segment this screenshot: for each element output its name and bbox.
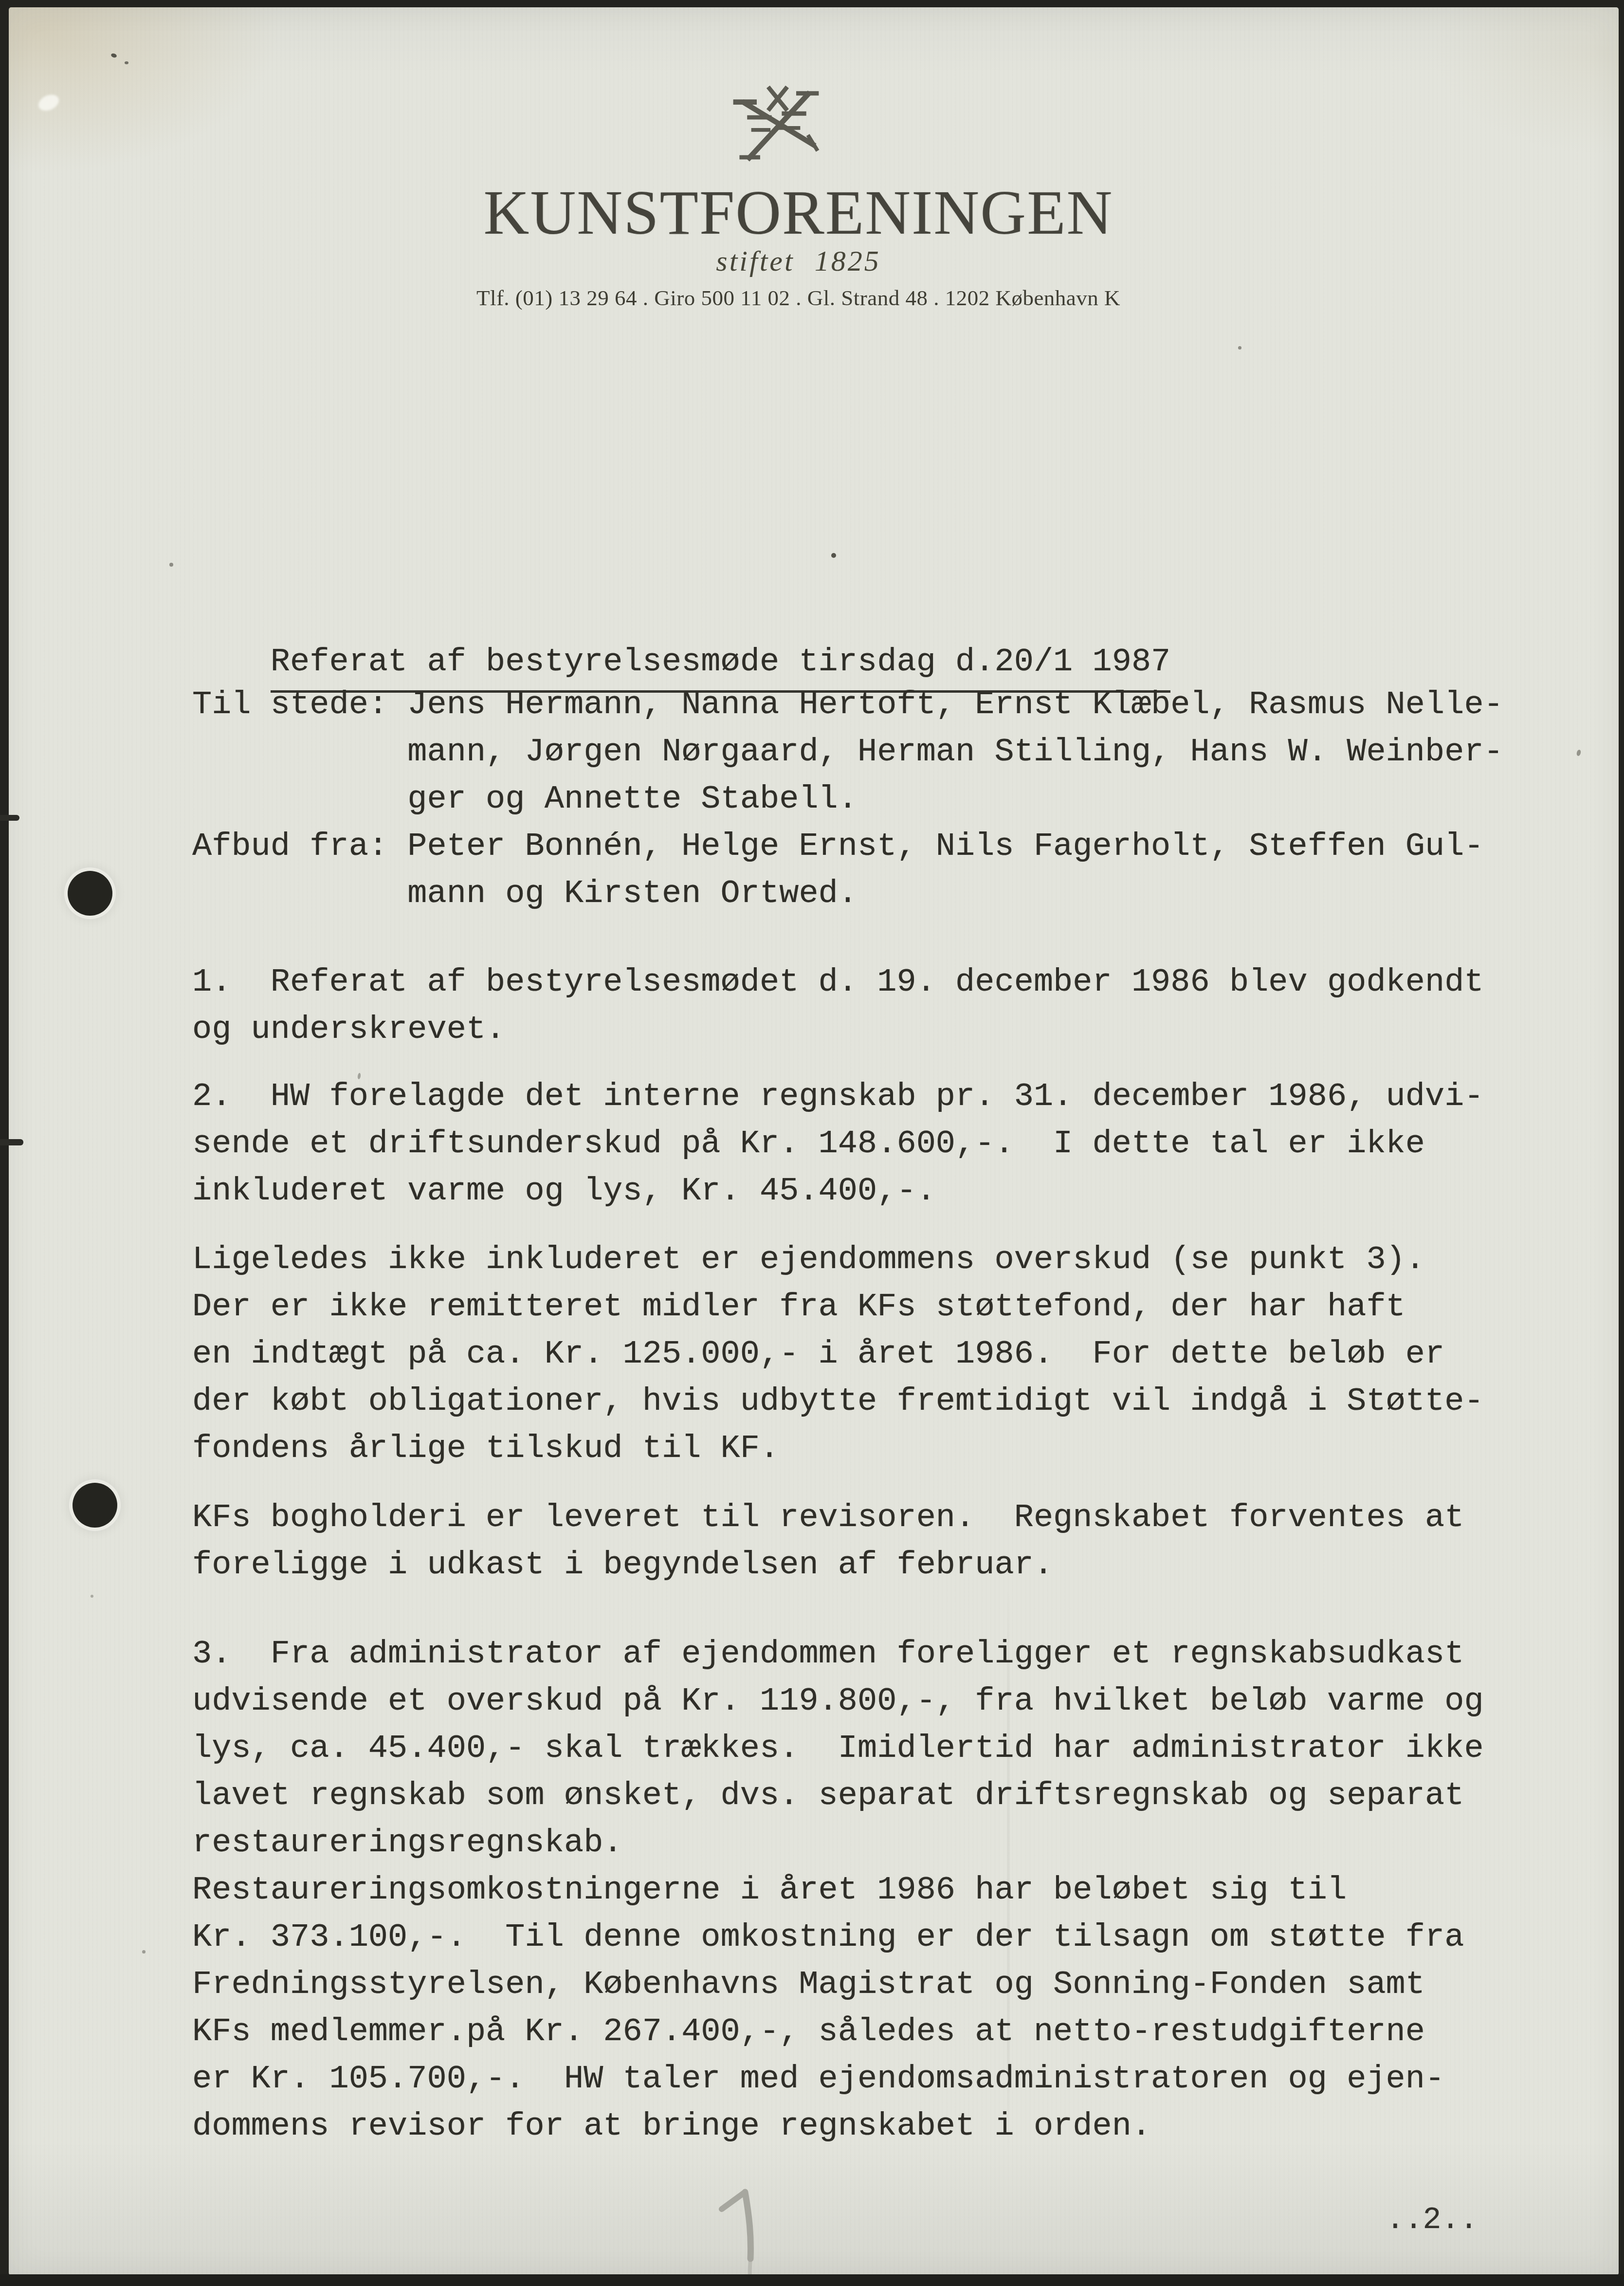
scan-bottom-band <box>0 2274 1624 2286</box>
punch-hole-bottom <box>73 1483 117 1528</box>
pencil-page-number <box>708 2171 776 2283</box>
paragraph-item-3: 3. Fra administrator af ejendommen forel… <box>192 1631 1484 2150</box>
founded-line: stiftet 1825 <box>0 246 1610 276</box>
paragraph-item-2: 2. HW forelagde det interne regnskab pr.… <box>192 1073 1484 1215</box>
kf-monogram-logo <box>728 86 825 163</box>
paragraph-bookkeeping-note: KFs bogholderi er leveret til revisoren.… <box>192 1494 1464 1589</box>
paper-speck <box>125 61 128 64</box>
next-page-marker: ..2.. <box>1386 2196 1478 2244</box>
scan-edge-mark <box>0 815 19 821</box>
paragraph-item-2-continued: Ligeledes ikke inkluderet er ejendommens… <box>192 1236 1484 1473</box>
scanned-page: KUNSTFORENINGEN stiftet 1825 Tlf. (01) 1… <box>0 0 1624 2286</box>
stray-period-mark <box>831 553 836 558</box>
paper-speck <box>142 1950 146 1954</box>
scan-edge-mark <box>0 1139 23 1145</box>
paper-speck <box>91 1595 93 1598</box>
paper-speck <box>1238 346 1241 350</box>
stray-period-mark <box>169 563 173 567</box>
punch-hole-top <box>68 871 112 916</box>
paragraph-item-1: 1. Referat af bestyrelsesmødet d. 19. de… <box>192 959 1484 1053</box>
attendance-block: Til stede: Jens Hermann, Nanna Hertoft, … <box>192 682 1503 918</box>
org-name: KUNSTFORENINGEN <box>0 181 1610 244</box>
contact-line: Tlf. (01) 13 29 64 . Giro 500 11 02 . Gl… <box>0 287 1610 309</box>
